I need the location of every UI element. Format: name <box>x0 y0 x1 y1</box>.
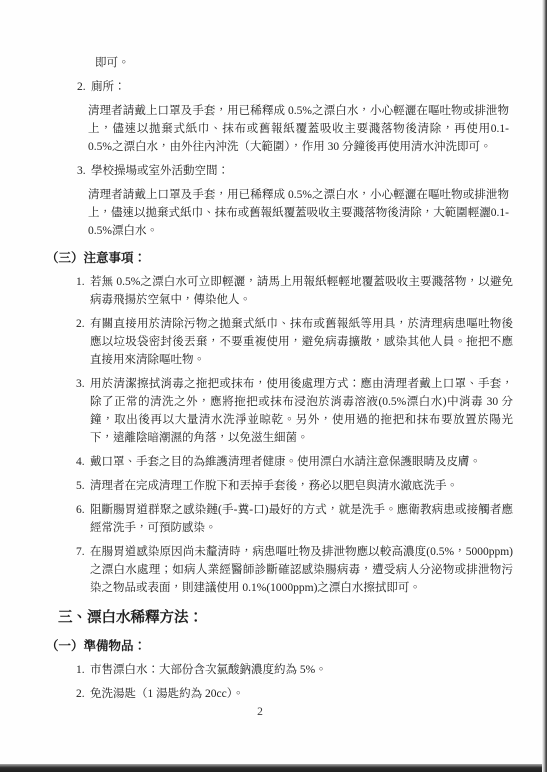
note-item-3: 3. 用於清潔擦拭消毒之拖把或抹布，使用後處理方式：應由清理者戴上口罩、手套，除… <box>76 375 513 447</box>
document-page: 即可。 2. 廁所： 清理者請戴上口罩及手套，用已稀釋成 0.5%之漂白水，小心… <box>0 0 547 772</box>
note-number: 1. <box>76 273 90 309</box>
note-item-1: 1. 若無 0.5%之漂白水可立即輕灑，請馬上用報紙輕輕地覆蓋吸收主要濺落物，以… <box>76 273 513 309</box>
note-text: 若無 0.5%之漂白水可立即輕灑，請馬上用報紙輕輕地覆蓋吸收主要濺落物，以避免病… <box>90 273 513 309</box>
note-item-7: 7. 在腸胃道感染原因尚未釐清時，病患嘔吐物及排泄物應以較高濃度(0.5%，50… <box>76 543 513 597</box>
note-text: 有關直接用於清除污物之拋棄式紙巾、抹布或舊報紙等用具，於清理病患嘔吐物後應以垃圾… <box>90 315 513 369</box>
note-text: 在腸胃道感染原因尚未釐清時，病患嘔吐物及排泄物應以較高濃度(0.5%，5000p… <box>90 543 513 597</box>
note-number: 3. <box>76 375 90 447</box>
scan-edge-bottom <box>0 764 547 772</box>
note-item-2: 2. 有關直接用於清除污物之拋棄式紙巾、抹布或舊報紙等用具，於清理病患嘔吐物後應… <box>76 315 513 369</box>
prep-item-1: 1. 市售漂白水：大部份含次氯酸鈉濃度約為 5%。 <box>76 661 513 679</box>
note-item-4: 4. 戴口罩、手套之目的為維護清理者健康。使用漂白水請注意保護眼睛及皮膚。 <box>76 453 513 471</box>
scan-edge-right <box>542 0 547 772</box>
list-number: 3. <box>77 162 91 180</box>
heading-notes: （三）注意事項： <box>46 249 547 267</box>
note-text: 阻斷腸胃道群聚之感染鏈(手-糞-口)最好的方式，就是洗手。應衛教病患或接觸者應經… <box>90 501 513 537</box>
prep-number: 1. <box>76 661 90 679</box>
prep-number: 2. <box>76 685 90 703</box>
list-item-playground-title: 3. 學校操場或室外活動空間： <box>77 162 547 180</box>
list-number: 2. <box>77 78 91 96</box>
prep-item-2: 2. 免洗湯匙（1 湯匙約為 20cc）。 <box>76 685 513 703</box>
note-number: 4. <box>76 453 90 471</box>
note-item-6: 6. 阻斷腸胃道群聚之感染鏈(手-糞-口)最好的方式，就是洗手。應衛教病患或接觸… <box>76 501 513 537</box>
note-number: 2. <box>76 315 90 369</box>
heading-preparation: （一）準備物品： <box>46 637 547 655</box>
list-item-toilet-body: 清理者請戴上口罩及手套，用已稀釋成 0.5%之漂白水，小心輕灑在嘔吐物或排泄物上… <box>88 102 509 156</box>
prep-text: 免洗湯匙（1 湯匙約為 20cc）。 <box>90 685 513 703</box>
prep-text: 市售漂白水：大部份含次氯酸鈉濃度約為 5%。 <box>90 661 513 679</box>
note-text: 清理者在完成清理工作脫下和丟掉手套後，務必以肥皂與清水澈底洗手。 <box>90 477 513 495</box>
note-number: 6. <box>76 501 90 537</box>
paragraph-continuation: 即可。 <box>95 54 547 72</box>
heading-dilution-method: 三、漂白水稀釋方法： <box>58 608 547 628</box>
note-text: 戴口罩、手套之目的為維護清理者健康。使用漂白水請注意保護眼睛及皮膚。 <box>90 453 513 471</box>
note-item-5: 5. 清理者在完成清理工作脫下和丟掉手套後，務必以肥皂與清水澈底洗手。 <box>76 477 513 495</box>
page-number: 2 <box>0 706 520 718</box>
list-label: 廁所： <box>91 78 126 96</box>
list-item-playground-body: 清理者請戴上口罩及手套，用已稀釋成 0.5%之漂白水，小心輕灑在嘔吐物或排泄物上… <box>88 186 509 240</box>
note-number: 7. <box>76 543 90 597</box>
note-text: 用於清潔擦拭消毒之拖把或抹布，使用後處理方式：應由清理者戴上口罩、手套，除了正常… <box>90 375 513 447</box>
list-label: 學校操場或室外活動空間： <box>91 162 229 180</box>
note-number: 5. <box>76 477 90 495</box>
page-content: 即可。 2. 廁所： 清理者請戴上口罩及手套，用已稀釋成 0.5%之漂白水，小心… <box>0 54 547 703</box>
list-item-toilet-title: 2. 廁所： <box>77 78 547 96</box>
